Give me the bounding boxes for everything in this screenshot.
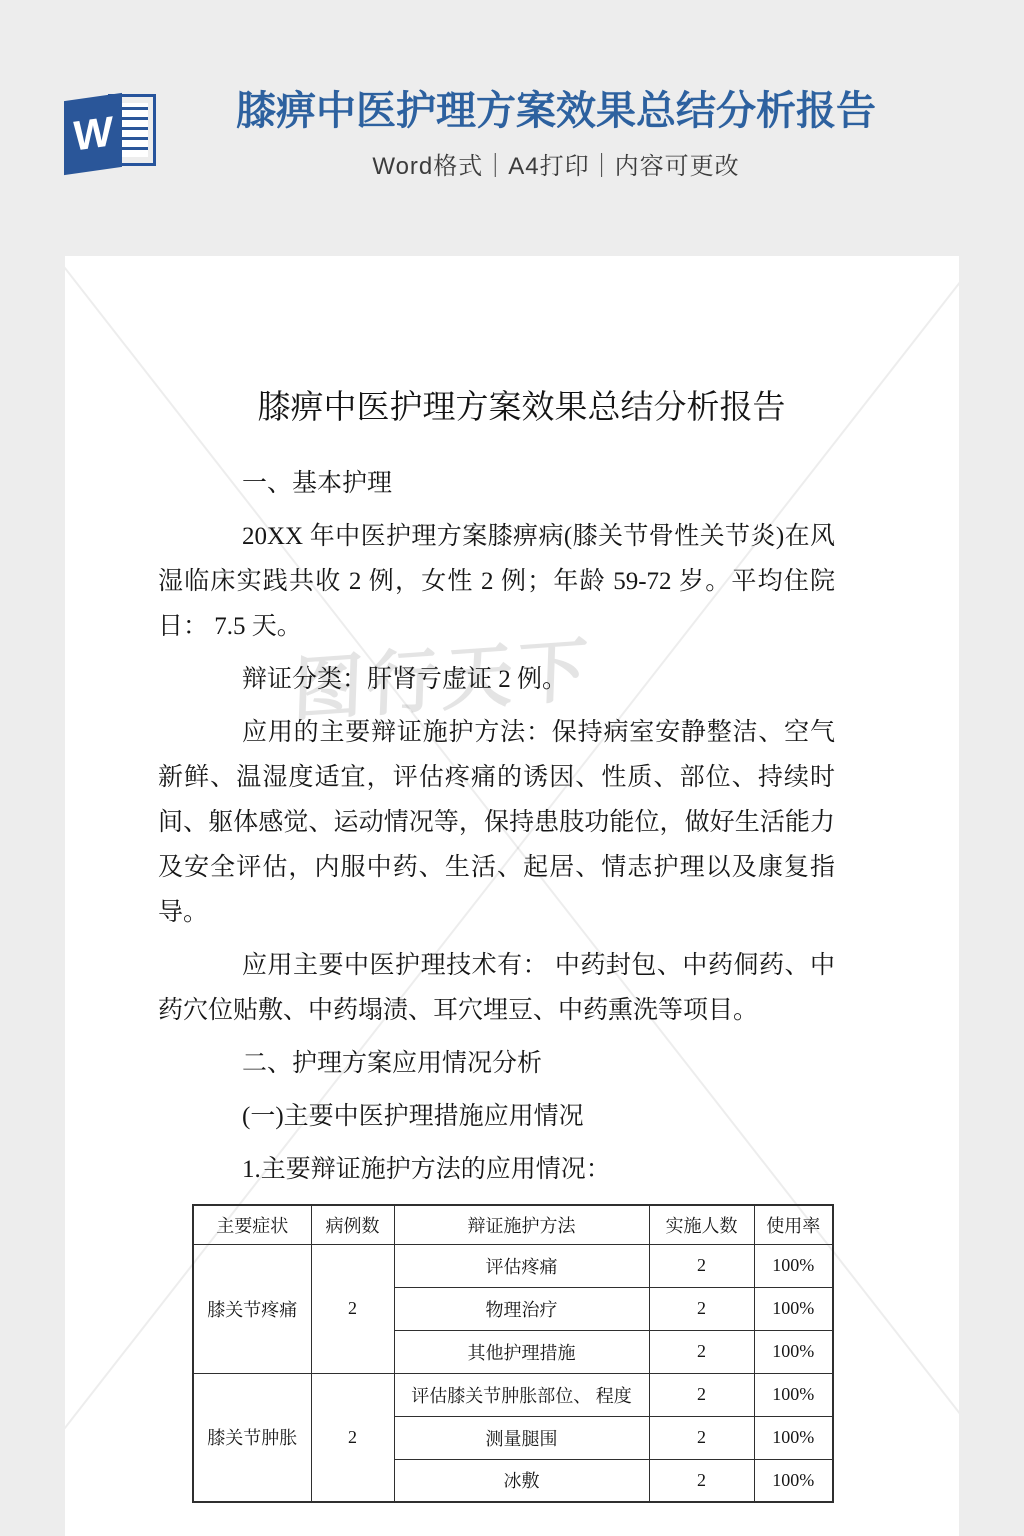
col-header-rate: 使用率	[754, 1205, 833, 1244]
symptom-cell: 膝关节疼痛	[193, 1244, 311, 1373]
subsection-heading: (一)主要中医护理措施应用情况	[158, 1094, 835, 1139]
rate-cell: 100%	[754, 1459, 833, 1502]
col-header-method: 辩证施护方法	[394, 1205, 649, 1244]
paragraph: 20XX 年中医护理方案膝痹病(膝关节骨性关节炎)在风湿临床实践共收 2 例，女…	[158, 514, 835, 649]
rate-cell: 100%	[754, 1330, 833, 1373]
count-cell: 2	[649, 1373, 754, 1416]
word-letter: W	[73, 107, 113, 161]
method-cell: 物理治疗	[394, 1287, 649, 1330]
symptom-cell: 膝关节肿胀	[193, 1373, 311, 1502]
method-cell: 其他护理措施	[394, 1330, 649, 1373]
rate-cell: 100%	[754, 1373, 833, 1416]
section-heading: 二、护理方案应用情况分析	[158, 1041, 835, 1086]
paragraph: 应用的主要辩证施护方法：保持病室安静整洁、空气新鲜、温湿度适宜，评估疼痛的诱因、…	[158, 710, 835, 935]
col-header-cases: 病例数	[311, 1205, 394, 1244]
word-file-icon: W	[64, 88, 158, 174]
col-header-symptom: 主要症状	[193, 1205, 311, 1244]
table-row: 膝关节肿胀 2 评估膝关节肿胀部位、 程度 2 100%	[193, 1373, 833, 1416]
cases-cell: 2	[311, 1244, 394, 1373]
word-w-icon: W	[64, 93, 122, 175]
page-subtitle: Word格式｜A4打印｜内容可更改	[372, 146, 739, 181]
table-row: 膝关节疼痛 2 评估疼痛 2 100%	[193, 1244, 833, 1287]
method-cell: 测量腿围	[394, 1416, 649, 1459]
document-content: 膝痹中医护理方案效果总结分析报告 一、基本护理 20XX 年中医护理方案膝痹病(…	[65, 256, 959, 1503]
method-cell: 评估疼痛	[394, 1244, 649, 1287]
care-methods-table: 主要症状 病例数 辩证施护方法 实施人数 使用率 膝关节疼痛 2 评估疼痛 2 …	[192, 1204, 834, 1503]
paragraph: 应用主要中医护理技术有： 中药封包、中药侗药、中药穴位贴敷、中药塌渍、耳穴埋豆、…	[158, 943, 835, 1033]
table-header-row: 主要症状 病例数 辩证施护方法 实施人数 使用率	[193, 1205, 833, 1244]
count-cell: 2	[649, 1416, 754, 1459]
paragraph: 辩证分类：肝肾亏虚证 2 例。	[158, 657, 835, 702]
count-cell: 2	[649, 1330, 754, 1373]
list-heading: 1.主要辩证施护方法的应用情况：	[158, 1147, 835, 1192]
rate-cell: 100%	[754, 1416, 833, 1459]
rate-cell: 100%	[754, 1287, 833, 1330]
count-cell: 2	[649, 1459, 754, 1502]
count-cell: 2	[649, 1287, 754, 1330]
section-heading: 一、基本护理	[158, 461, 835, 506]
page-title: 膝痹中医护理方案效果总结分析报告	[236, 88, 876, 134]
method-cell: 评估膝关节肿胀部位、 程度	[394, 1373, 649, 1416]
cases-cell: 2	[311, 1373, 394, 1502]
header-text-block: 膝痹中医护理方案效果总结分析报告 Word格式｜A4打印｜内容可更改	[236, 88, 876, 181]
rate-cell: 100%	[754, 1244, 833, 1287]
site-header: W 膝痹中医护理方案效果总结分析报告 Word格式｜A4打印｜内容可更改	[0, 0, 1024, 256]
document-page: 图行天下 膝痹中医护理方案效果总结分析报告 一、基本护理 20XX 年中医护理方…	[65, 256, 959, 1536]
page-canvas: W 膝痹中医护理方案效果总结分析报告 Word格式｜A4打印｜内容可更改 图行天…	[0, 0, 1024, 1536]
document-title: 膝痹中医护理方案效果总结分析报告	[208, 383, 835, 433]
method-cell: 冰敷	[394, 1459, 649, 1502]
count-cell: 2	[649, 1244, 754, 1287]
col-header-count: 实施人数	[649, 1205, 754, 1244]
